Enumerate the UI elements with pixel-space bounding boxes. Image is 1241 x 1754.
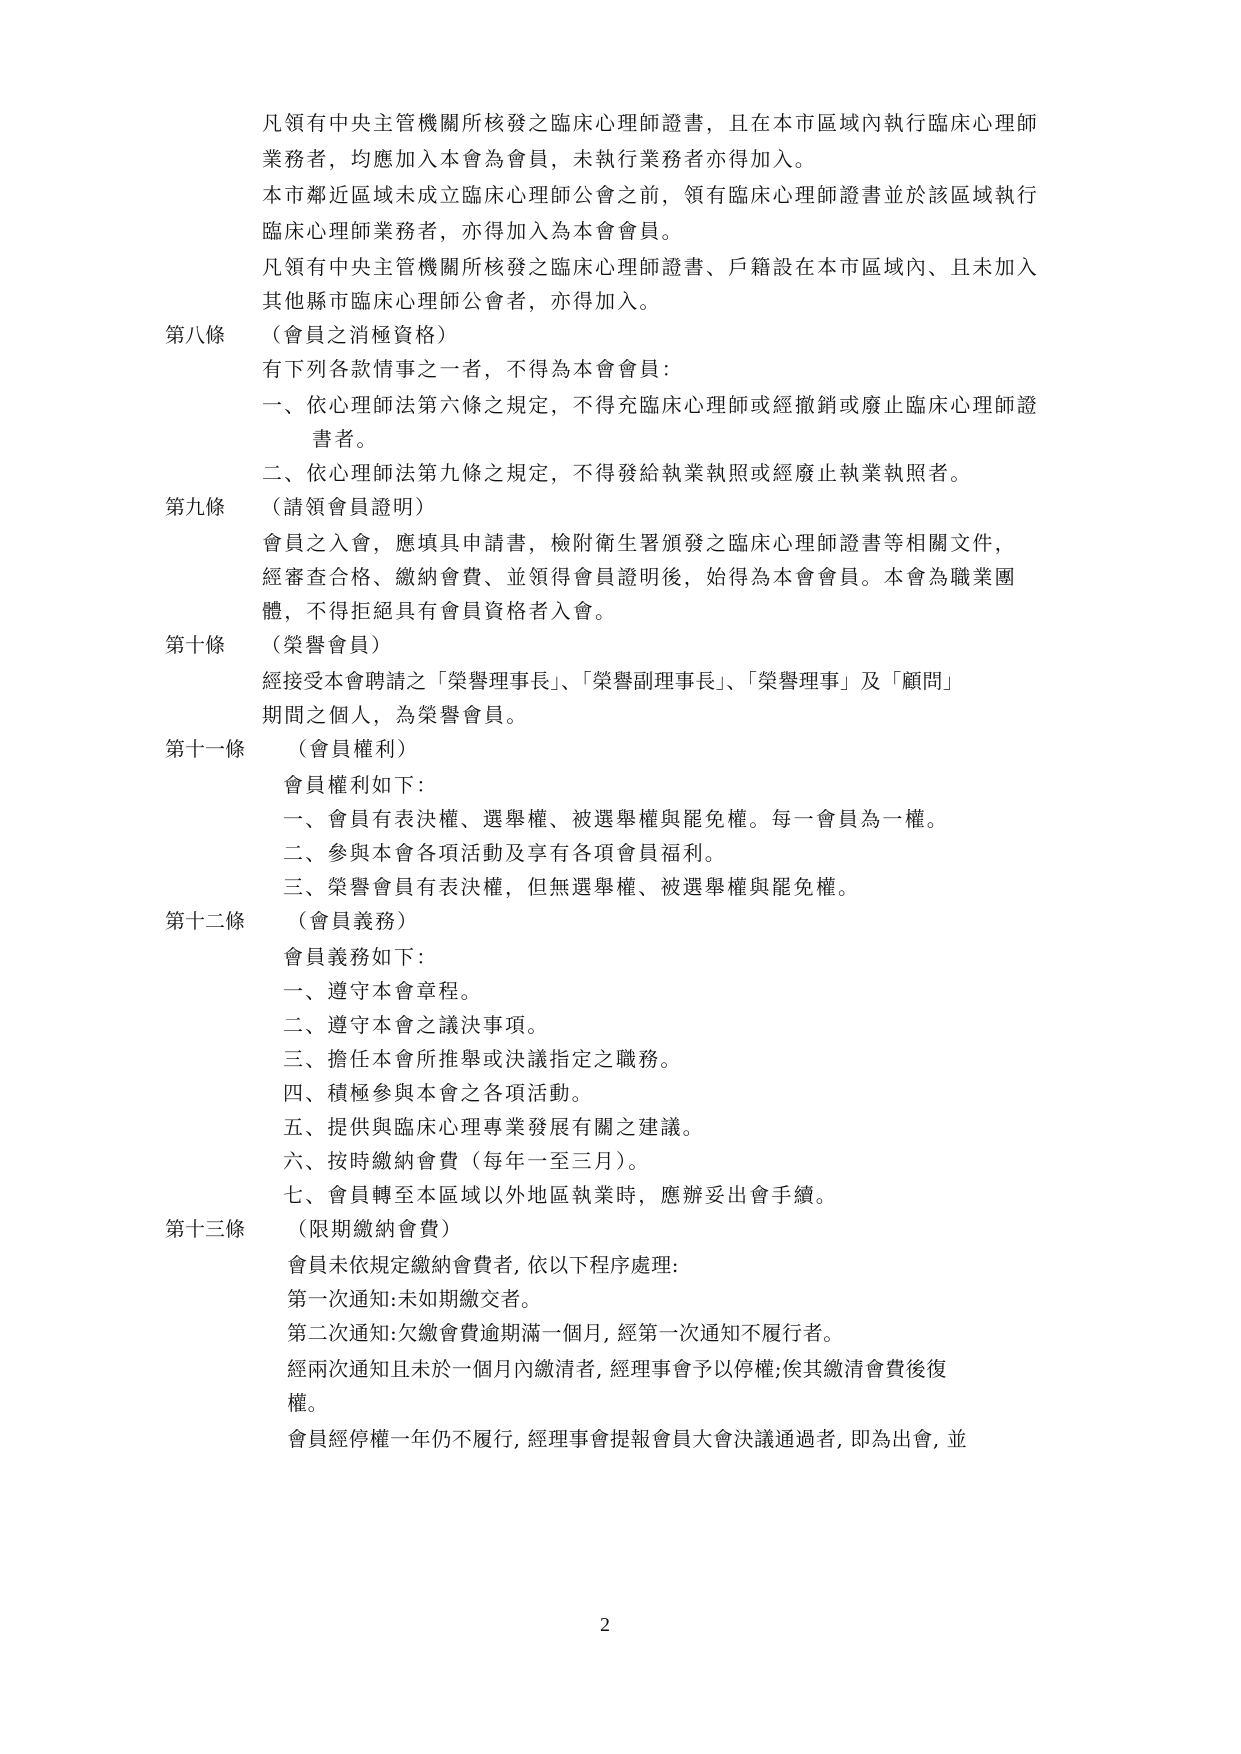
- article-12-heading: 第十二條（會員義務）: [165, 908, 419, 934]
- article-8-item-1-cont: 書者。: [312, 426, 379, 452]
- article-8-line-1: 有下列各款情事之一者，不得為本會會員：: [262, 356, 684, 382]
- article-number: 第八條: [165, 322, 261, 348]
- article-8-heading: 第八條（會員之消極資格）: [165, 322, 459, 348]
- article-12-item-2: 二、遵守本會之議決事項。: [283, 1012, 549, 1038]
- intro-line-6: 其他縣市臨床心理師公會者，亦得加入。: [262, 288, 662, 314]
- article-title: （請領會員證明）: [261, 495, 437, 519]
- article-8-item-2: 二、依心理師法第九條之規定，不得發給執業執照或經廢止執業執照者。: [262, 460, 972, 486]
- intro-line-2: 業務者，均應加入本會為會員，未執行業務者亦得加入。: [262, 146, 817, 172]
- article-12-item-7: 七、會員轉至本區域以外地區執業時，應辦妥出會手續。: [283, 1182, 838, 1208]
- article-13-heading: 第十三條（限期繳納會費）: [165, 1216, 463, 1242]
- article-number: 第十三條: [165, 1216, 287, 1242]
- article-12-item-1: 一、遵守本會章程。: [283, 978, 483, 1004]
- article-12-item-4: 四、積極參與本會之各項活動。: [283, 1080, 594, 1106]
- page-number: 2: [600, 1612, 610, 1638]
- intro-line-1: 凡領有中央主管機關所核發之臨床心理師證書，且在本市區域內執行臨床心理師: [262, 110, 1039, 136]
- document-page: 凡領有中央主管機關所核發之臨床心理師證書，且在本市區域內執行臨床心理師 業務者，…: [0, 0, 1241, 1754]
- article-12-item-5: 五、提供與臨床心理專業發展有關之建議。: [283, 1114, 705, 1140]
- article-number: 第九條: [165, 494, 261, 520]
- article-9-line-2: 經審查合格、繳納會費、並領得會員證明後，始得為本會會員。本會為職業團: [262, 564, 1017, 590]
- article-9-line-3: 體，不得拒絕具有會員資格者入會。: [262, 598, 617, 624]
- article-11-item-2: 二、參與本會各項活動及享有各項會員福利。: [283, 840, 727, 866]
- article-8-item-1: 一、依心理師法第六條之規定，不得充臨床心理師或經撤銷或廢止臨床心理師證: [262, 392, 1039, 418]
- article-12-line-1: 會員義務如下：: [283, 944, 438, 970]
- article-10-line-2: 期間之個人，為榮譽會員。: [262, 702, 528, 728]
- article-title: （會員權利）: [287, 737, 419, 761]
- article-11-item-3: 三、榮譽會員有表決權，但無選舉權、被選舉權與罷免權。: [283, 874, 860, 900]
- article-title: （榮譽會員）: [261, 633, 393, 657]
- article-11-item-1: 一、會員有表決權、選舉權、被選舉權與罷免權。每一會員為一權。: [283, 806, 949, 832]
- article-13-line-6: 會員經停權一年仍不履行, 經理事會提報會員大會決議通過者, 即為出會, 並: [287, 1426, 967, 1452]
- article-number: 第十二條: [165, 908, 287, 934]
- article-11-line-1: 會員權利如下：: [283, 772, 438, 798]
- article-13-line-4: 經兩次通知且未於一個月內繳清者, 經理事會予以停權;俟其繳清會費後復: [287, 1356, 947, 1382]
- article-title: （限期繳納會費）: [287, 1217, 463, 1241]
- article-10-heading: 第十條（榮譽會員）: [165, 632, 393, 658]
- article-13-line-1: 會員未依規定繳納會費者, 依以下程序處理:: [287, 1252, 679, 1278]
- intro-line-3: 本市鄰近區域未成立臨床心理師公會之前，領有臨床心理師證書並於該區域執行: [262, 182, 1039, 208]
- intro-line-5: 凡領有中央主管機關所核發之臨床心理師證書、戶籍設在本市區域內、且未加入: [262, 254, 1039, 280]
- article-12-item-3: 三、擔任本會所推舉或決議指定之職務。: [283, 1046, 683, 1072]
- intro-line-4: 臨床心理師業務者，亦得加入為本會會員。: [262, 218, 684, 244]
- article-13-line-2: 第一次通知:未如期繳交者。: [287, 1286, 542, 1312]
- article-11-heading: 第十一條（會員權利）: [165, 736, 419, 762]
- article-13-line-3: 第二次通知:欠繳會費逾期滿一個月, 經第一次通知不履行者。: [287, 1320, 844, 1346]
- article-title: （會員義務）: [287, 909, 419, 933]
- article-title: （會員之消極資格）: [261, 323, 459, 347]
- article-10-line-1: 經接受本會聘請之「榮譽理事長」、「榮譽副理事長」、「榮譽理事」及「顧問」: [262, 668, 964, 694]
- article-9-heading: 第九條（請領會員證明）: [165, 494, 437, 520]
- article-9-line-1: 會員之入會，應填具申請書，檢附衛生署頒發之臨床心理師證書等相關文件，: [262, 530, 1017, 556]
- article-number: 第十一條: [165, 736, 287, 762]
- article-12-item-6: 六、按時繳納會費（每年一至三月）。: [283, 1148, 650, 1174]
- article-number: 第十條: [165, 632, 261, 658]
- article-13-line-5: 權。: [287, 1390, 328, 1416]
